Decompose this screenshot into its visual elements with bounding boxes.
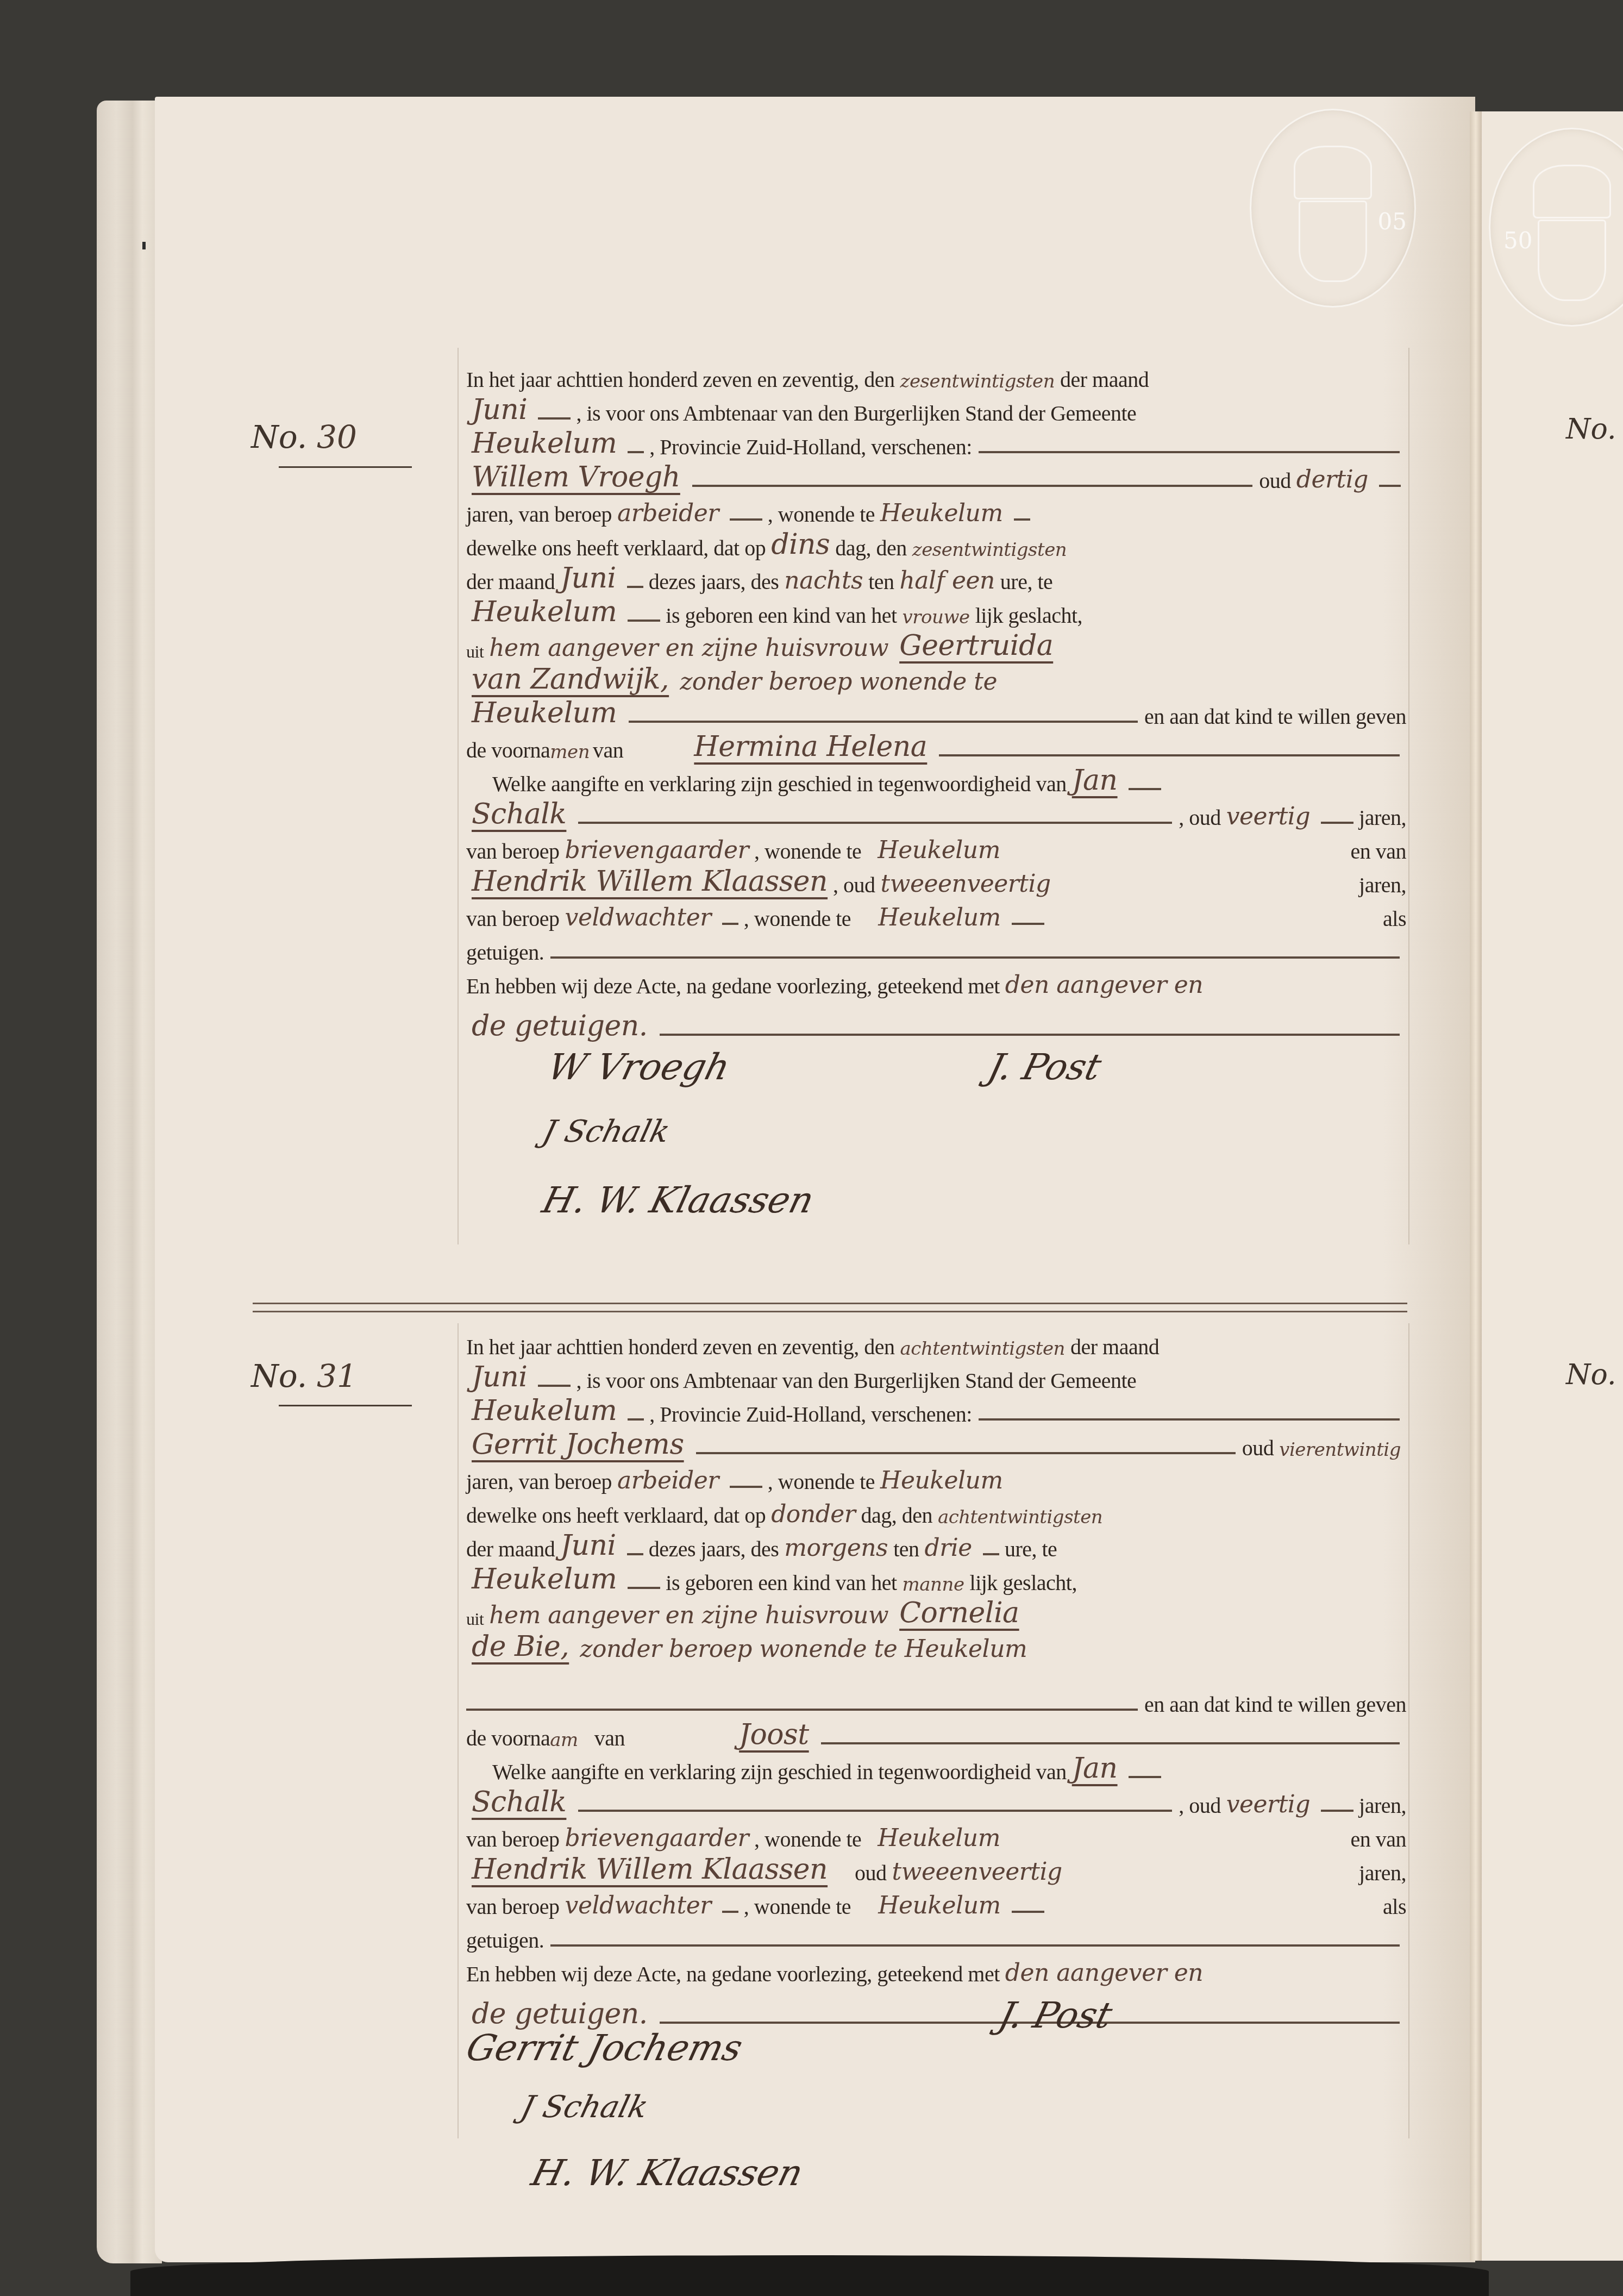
- printed-text: dag, den: [861, 1503, 932, 1528]
- entry-number-value: 30: [317, 418, 357, 455]
- printed-text: van: [594, 1725, 625, 1751]
- printed-text: van beroep: [466, 839, 560, 864]
- printed-text: ten: [868, 569, 894, 595]
- printed-text: als: [1383, 1894, 1406, 1919]
- signed-with-cont: de getuigen.: [466, 1010, 653, 1042]
- printed-text: Welke aangifte en verklaring zijn geschi…: [492, 1759, 1067, 1785]
- form-left-border: [458, 348, 459, 1244]
- printed-text: jaren,: [1359, 872, 1406, 898]
- printed-text: oud: [1242, 1435, 1274, 1461]
- right-page-entry-label-1: No.: [1566, 413, 1616, 446]
- printed-text: de voorna: [466, 737, 550, 763]
- birth-hour: half een: [894, 567, 1000, 595]
- printed-text: , wonende te: [768, 1469, 875, 1494]
- embossed-seal-left: 05: [1250, 109, 1416, 308]
- declarant-occupation: arbeider: [612, 1467, 724, 1494]
- signed-with: den aangever en: [1000, 1959, 1208, 1987]
- crown-icon: [1533, 165, 1611, 219]
- weekday: dins: [766, 528, 835, 561]
- printed-text: uit: [466, 642, 484, 662]
- printed-text: jaren, van beroep: [466, 1469, 612, 1494]
- entry-divider: [253, 1303, 1407, 1312]
- weekday: donder: [766, 1500, 861, 1528]
- entry-label: No.: [1566, 1359, 1616, 1391]
- birth-month: Juni: [555, 562, 621, 595]
- birth-day: achtentwintigsten: [932, 1506, 1108, 1528]
- printed-text: In het jaar achttien honderd zeven en ze…: [466, 1334, 895, 1360]
- witness1-age: veertig: [1221, 803, 1315, 830]
- mother-surname: de Bie,: [466, 1630, 574, 1663]
- printed-text: is geboren een kind van het: [666, 603, 897, 628]
- seal-value: 50: [1503, 227, 1532, 254]
- birth-place: Heukelum: [466, 1563, 622, 1596]
- witness2-age: tweeenveertig: [887, 1858, 1068, 1886]
- time-of-day: nachts: [779, 567, 868, 595]
- printed-text: lijk geslacht,: [975, 603, 1082, 628]
- month: Juni: [466, 1361, 532, 1393]
- printed-text: is geboren een kind van het: [666, 1570, 897, 1596]
- printed-text: dezes jaars, des: [649, 1536, 779, 1562]
- printed-text: dezes jaars, des: [649, 569, 779, 595]
- printed-text: de voorna: [466, 1725, 550, 1751]
- witness1-residence: Heukelum: [872, 836, 1006, 864]
- witness2-residence: Heukelum: [873, 1892, 1006, 1919]
- birth-record-31: In het jaar achttien honderd zeven en ze…: [466, 1326, 1406, 2030]
- printed-text: , is voor ons Ambtenaar van den Burgerli…: [576, 401, 1136, 426]
- printed-text: als: [1383, 906, 1406, 931]
- child-sex: vrouwe: [897, 606, 975, 628]
- printed-text: van beroep: [466, 1894, 560, 1919]
- signature-witness1: J Schalk: [539, 1114, 673, 1149]
- birth-record-30: In het jaar achttien honderd zeven en ze…: [466, 359, 1406, 1042]
- witness2-age: tweeenveertig: [875, 870, 1056, 898]
- shield-icon: [1299, 201, 1367, 282]
- entry-number-value: 31: [317, 1357, 357, 1394]
- declarant-name: Willem Vroegh: [466, 461, 686, 493]
- printed-text: , oud: [1179, 805, 1221, 830]
- printed-text: en aan dat kind te willen geven: [1144, 704, 1406, 729]
- child-given-names: Joost: [734, 1718, 814, 1751]
- printed-text: jaren,: [1359, 805, 1406, 830]
- right-page-entry-label-2: No.: [1566, 1359, 1616, 1391]
- printed-text: der maand: [1060, 367, 1149, 392]
- printed-text: jaren, van beroep: [466, 502, 612, 527]
- printed-text: uit: [466, 1609, 484, 1629]
- printed-text: In het jaar achttien honderd zeven en ze…: [466, 367, 895, 392]
- declarant-residence: Heukelum: [875, 499, 1008, 527]
- month: Juni: [466, 393, 532, 426]
- printed-text: dewelke ons heeft verklaard, dat op: [466, 1503, 766, 1528]
- entry-number-label: No.: [251, 418, 307, 455]
- signed-with-cont: de getuigen.: [466, 1998, 653, 2030]
- witness1-occupation: brievengaarder: [560, 836, 754, 864]
- birth-date-day: zesentwintigsten: [895, 371, 1060, 392]
- witness2-occupation: veldwachter: [560, 1892, 717, 1919]
- parentage-text: hem aangever en zijne huisvrouw: [484, 1601, 894, 1629]
- printed-text: , Provincie Zuid-Holland, verschenen:: [649, 434, 972, 460]
- printed-text: der maand: [466, 569, 555, 595]
- crown-icon: [1294, 146, 1372, 200]
- mother-first-name: Geertruida: [894, 629, 1058, 662]
- child-sex: manne: [897, 1574, 970, 1596]
- printed-text: dewelke ons heeft verklaard, dat op: [466, 535, 766, 561]
- birth-place: Heukelum: [466, 596, 622, 628]
- entry-number-underline: [279, 466, 412, 468]
- declarant-occupation: arbeider: [612, 499, 724, 527]
- printed-text: oud: [1259, 468, 1291, 493]
- printed-text: , is voor ons Ambtenaar van den Burgerli…: [576, 1368, 1136, 1393]
- parentage-text: hem aangever en zijne huisvrouw: [484, 634, 894, 662]
- printed-text: Welke aangifte en verklaring zijn geschi…: [492, 771, 1067, 797]
- witness1-occupation: brievengaarder: [560, 1824, 754, 1852]
- birth-date-day: achtentwintigsten: [895, 1338, 1070, 1360]
- printed-text: , wonende te: [754, 839, 861, 864]
- printed-text: getuigen.: [466, 1928, 544, 1953]
- signature-witness2: H. W. Klaassen: [538, 1179, 818, 1221]
- mother-first-name: Cornelia: [894, 1597, 1024, 1629]
- mother-residence: Heukelum: [466, 697, 622, 729]
- printed-text: van: [593, 737, 623, 763]
- printed-text: ure, te: [1005, 1536, 1057, 1562]
- municipality: Heukelum: [466, 1394, 622, 1427]
- form-right-border: [1408, 1323, 1409, 2138]
- municipality: Heukelum: [466, 427, 622, 460]
- printed-text: van beroep: [466, 1826, 560, 1852]
- witness1-first-name: Jan: [1067, 1752, 1123, 1785]
- signature-declarant: W Vroegh: [543, 1046, 734, 1088]
- printed-text: , wonende te: [744, 1894, 851, 1919]
- mother-occupation-residence: zonder beroep wonende te Heukelum: [574, 1635, 1032, 1663]
- signed-with: den aangever en: [1000, 971, 1208, 999]
- declarant-name: Gerrit Jochems: [466, 1428, 690, 1461]
- signature-witness2: H. W. Klaassen: [527, 2152, 807, 2194]
- entry-number-30: No.30: [251, 418, 357, 455]
- form-right-border: [1408, 348, 1409, 1244]
- declarant-age: vierentwintig: [1274, 1439, 1406, 1461]
- stray-mark: [142, 242, 146, 249]
- declarant-age: dertig: [1291, 466, 1374, 493]
- printed-text: ure, te: [1000, 569, 1052, 595]
- entry-number-31: No.31: [251, 1357, 357, 1394]
- signature-declarant: Gerrit Jochems: [462, 2027, 747, 2069]
- printed-text: En hebben wij deze Acte, na gedane voorl…: [466, 973, 1000, 999]
- name-suffix: am: [550, 1729, 578, 1751]
- witness1-residence: Heukelum: [872, 1824, 1006, 1852]
- mother-surname: van Zandwijk,: [466, 663, 674, 696]
- entry-number-underline: [279, 1405, 412, 1406]
- printed-text: en van: [1350, 1826, 1406, 1852]
- printed-text: van beroep: [466, 906, 560, 931]
- birth-month: Juni: [555, 1529, 621, 1562]
- printed-text: , Provincie Zuid-Holland, verschenen:: [649, 1402, 972, 1427]
- witness1-age: veertig: [1221, 1791, 1315, 1818]
- mother-occupation-residence: zonder beroep wonende te: [674, 668, 1002, 696]
- printed-text: dag, den: [835, 535, 907, 561]
- witness1-first-name: Jan: [1067, 764, 1123, 797]
- signature-registrar: J. Post: [983, 1046, 1105, 1088]
- page-edge-stack: [97, 101, 162, 2263]
- witness2-name: Hendrik Willem Klaassen: [466, 865, 833, 898]
- witness1-surname: Schalk: [466, 798, 572, 830]
- seal-value: 05: [1378, 208, 1407, 235]
- printed-text: jaren,: [1359, 1860, 1406, 1886]
- entry-number-label: No.: [251, 1357, 307, 1394]
- birth-day: zesentwintigsten: [907, 539, 1072, 561]
- entry-label: No.: [1566, 413, 1616, 446]
- signature-witness1: J Schalk: [517, 2089, 651, 2125]
- witness1-surname: Schalk: [466, 1786, 572, 1818]
- printed-text: , oud: [1179, 1793, 1221, 1818]
- printed-text: En hebben wij deze Acte, na gedane voorl…: [466, 1961, 1000, 1987]
- form-left-border: [458, 1323, 459, 2138]
- printed-text: der maand: [1070, 1334, 1159, 1360]
- book-gutter: [1470, 111, 1482, 2261]
- printed-text: , wonende te: [744, 906, 851, 931]
- shield-icon: [1538, 220, 1606, 301]
- printed-text: , wonende te: [754, 1826, 861, 1852]
- printed-text: oud: [855, 1860, 887, 1886]
- printed-text: lijk geslacht,: [970, 1570, 1077, 1596]
- witness2-name: Hendrik Willem Klaassen: [466, 1853, 833, 1886]
- printed-text: , wonende te: [768, 502, 875, 527]
- printed-text: getuigen.: [466, 940, 544, 965]
- witness2-residence: Heukelum: [873, 904, 1006, 931]
- time-of-day: morgens: [779, 1534, 893, 1562]
- printed-text: der maand: [466, 1536, 555, 1562]
- book-shadow: [130, 2255, 1489, 2296]
- printed-text: en aan dat kind te willen geven: [1144, 1692, 1406, 1717]
- signature-registrar: J. Post: [994, 1994, 1116, 2036]
- printed-text: ten: [893, 1536, 919, 1562]
- printed-text: , oud: [833, 872, 875, 898]
- birth-hour: drie: [919, 1534, 977, 1562]
- witness2-occupation: veldwachter: [560, 904, 717, 931]
- name-suffix: men: [550, 741, 590, 763]
- child-given-names: Hermina Helena: [688, 730, 932, 763]
- declarant-residence: Heukelum: [875, 1467, 1008, 1494]
- printed-text: en van: [1350, 839, 1406, 864]
- printed-text: jaren,: [1359, 1793, 1406, 1818]
